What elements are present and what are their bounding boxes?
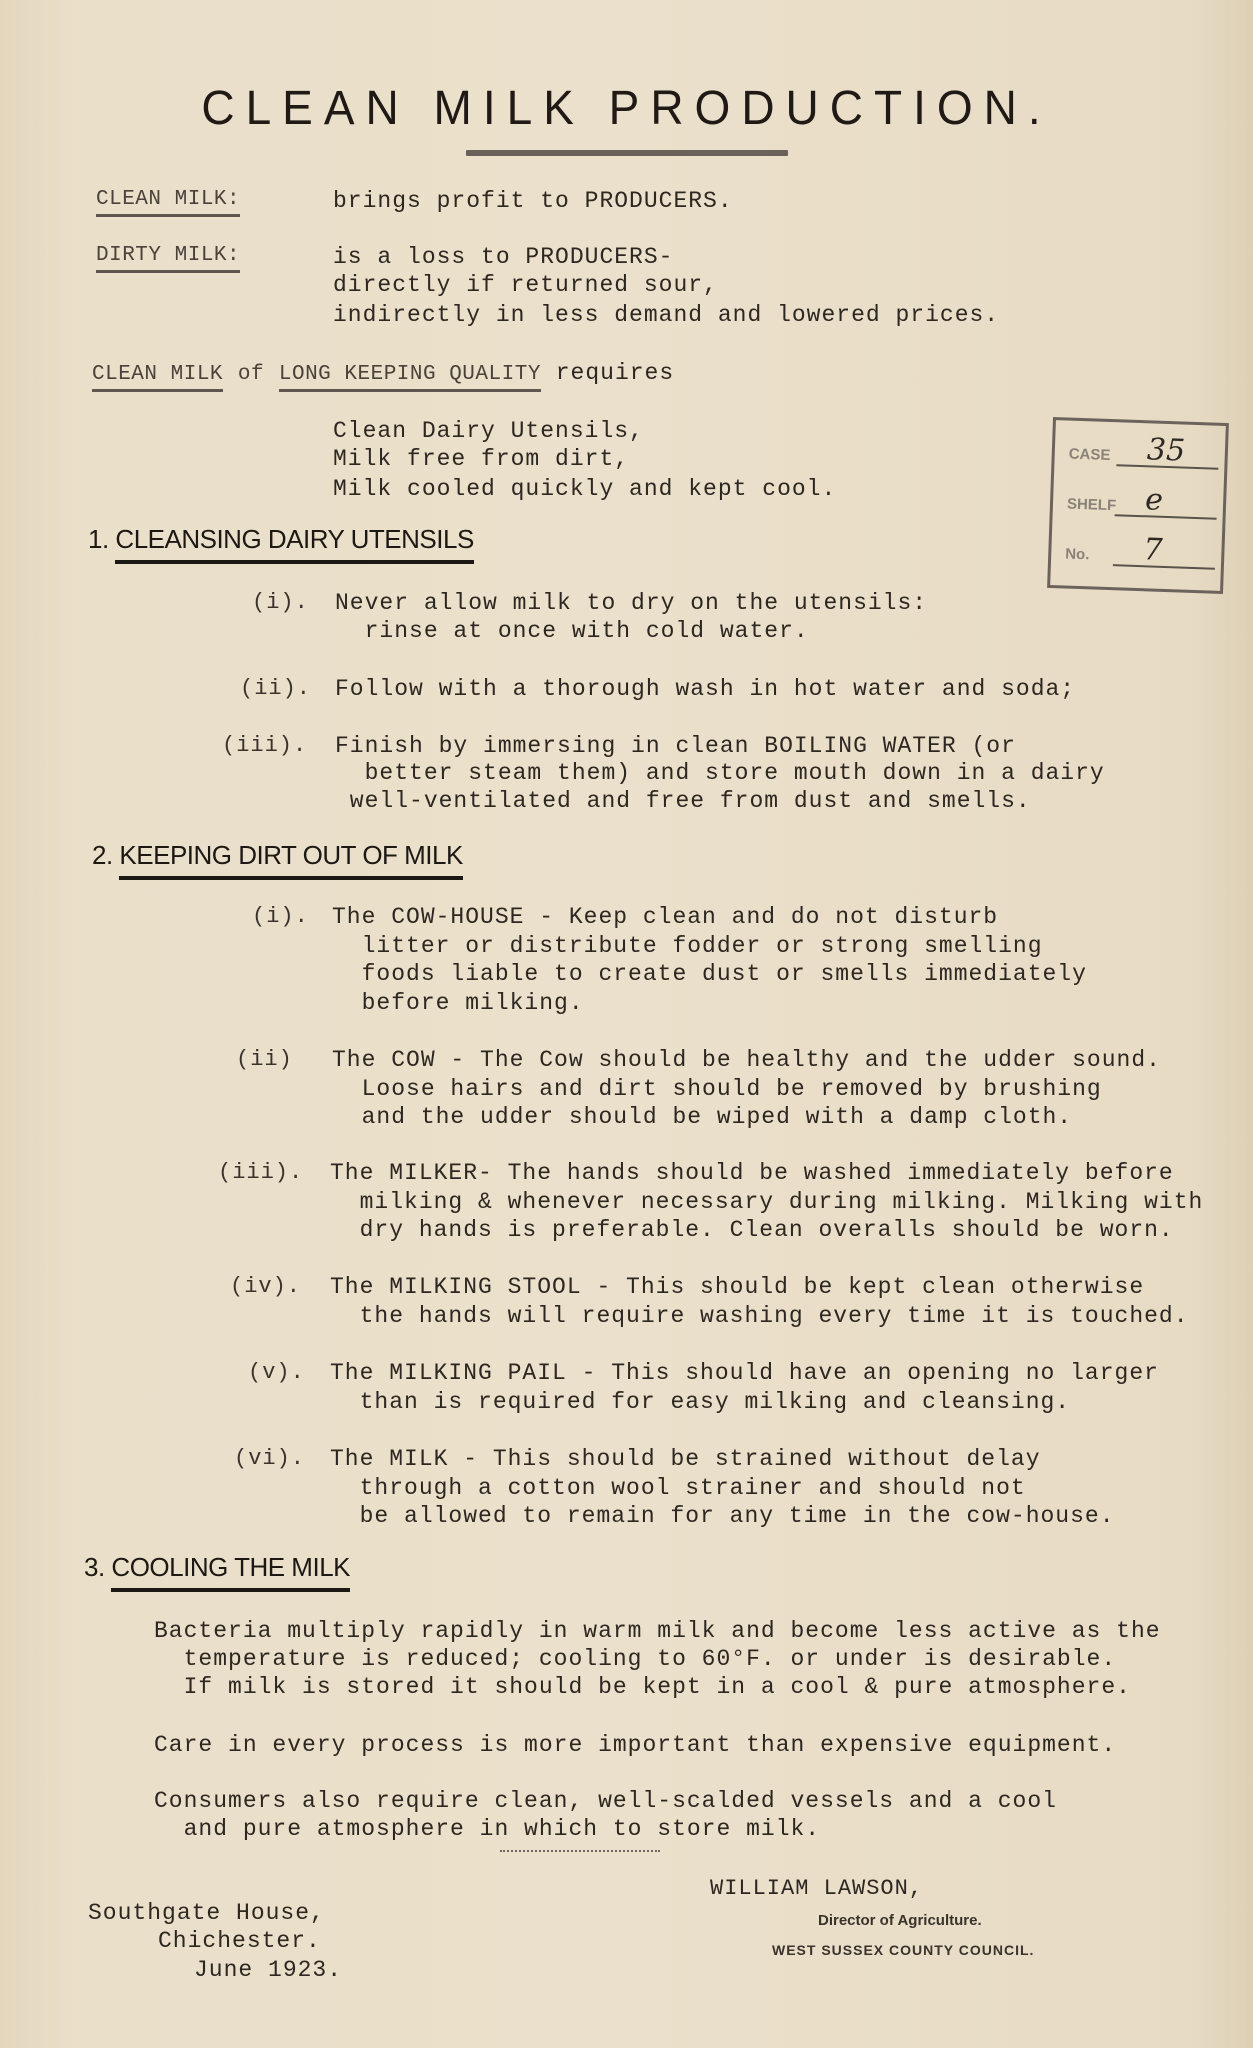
- clean-milk-text: brings profit to PRODUCERS.: [333, 188, 733, 214]
- section-heading-3: 3. COOLING THE MILK: [84, 1552, 350, 1583]
- item-line: foods liable to create dust or smells im…: [332, 961, 1087, 987]
- address-line: June 1923.: [194, 1957, 342, 1983]
- section-heading-2: 2. KEEPING DIRT OUT OF MILK: [92, 840, 463, 871]
- requirement-item: Milk free from dirt,: [333, 446, 629, 472]
- clean-milk-label: CLEAN MILK:: [96, 188, 240, 217]
- item-line: Never allow milk to dry on the utensils:: [335, 590, 927, 616]
- dirty-milk-line: is a loss to PRODUCERS-: [333, 244, 673, 270]
- item-number: (i).: [252, 904, 309, 929]
- item-line: The MILKING PAIL - This should have an o…: [330, 1360, 1159, 1386]
- signatory-name: WILLIAM LAWSON,: [710, 1876, 923, 1901]
- item-line: dry hands is preferable. Clean overalls …: [330, 1217, 1174, 1243]
- title-rule: [466, 150, 788, 156]
- item-line: milking & whenever necessary during milk…: [330, 1189, 1203, 1215]
- item-number: (iii).: [222, 733, 307, 758]
- item-number: (ii).: [240, 676, 311, 701]
- paragraph-line: Consumers also require clean, well-scald…: [154, 1788, 1057, 1814]
- item-line: better steam them) and store mouth down …: [335, 760, 1105, 786]
- signatory-position: Director of Agriculture.: [818, 1912, 982, 1929]
- item-line: rinse at once with cold water.: [335, 618, 809, 644]
- requirement-item: Clean Dairy Utensils,: [333, 418, 644, 444]
- item-line: Follow with a thorough wash in hot water…: [335, 676, 1075, 702]
- item-line: The MILKER- The hands should be washed i…: [330, 1160, 1174, 1186]
- item-line: through a cotton wool strainer and shoul…: [330, 1475, 1026, 1501]
- item-number: (v).: [248, 1360, 305, 1385]
- signatory-organization: WEST SUSSEX COUNTY COUNCIL.: [772, 1942, 1034, 1958]
- divider-dots: [500, 1850, 660, 1852]
- address-line: Chichester.: [158, 1928, 321, 1954]
- dirty-milk-line: indirectly in less demand and lowered pr…: [333, 302, 999, 328]
- item-line: The COW-HOUSE - Keep clean and do not di…: [332, 904, 998, 930]
- item-line: The MILKING STOOL - This should be kept …: [330, 1274, 1144, 1300]
- item-line: before milking.: [332, 990, 584, 1016]
- item-line: the hands will require washing every tim…: [330, 1303, 1189, 1329]
- address-line: Southgate House,: [88, 1900, 325, 1926]
- item-number: (ii): [236, 1047, 293, 1072]
- requirement-item: Milk cooled quickly and kept cool.: [333, 476, 836, 502]
- paragraph-line: temperature is reduced; cooling to 60°F.…: [154, 1646, 1116, 1672]
- item-number: (iii).: [218, 1160, 303, 1185]
- archive-stamp: CASE 35 SHELF e No. 7: [1047, 417, 1229, 594]
- requires-line: CLEAN MILK of LONG KEEPING QUALITY requi…: [92, 360, 674, 386]
- paragraph-line: and pure atmosphere in which to store mi…: [154, 1816, 820, 1842]
- paragraph-line: Care in every process is more important …: [154, 1732, 1116, 1758]
- item-line: be allowed to remain for any time in the…: [330, 1503, 1115, 1529]
- paragraph-line: If milk is stored it should be kept in a…: [154, 1674, 1131, 1700]
- dirty-milk-label: DIRTY MILK:: [96, 244, 240, 273]
- item-number: (i).: [252, 590, 309, 615]
- document-page: CLEAN MILK PRODUCTION. CLEAN MILK: bring…: [0, 0, 1253, 2048]
- item-line: The COW - The Cow should be healthy and …: [332, 1047, 1161, 1073]
- document-title: CLEAN MILK PRODUCTION.: [0, 79, 1253, 136]
- section-heading-1: 1. CLEANSING DAIRY UTENSILS: [88, 524, 474, 555]
- paragraph-line: Bacteria multiply rapidly in warm milk a…: [154, 1618, 1161, 1644]
- stamp-row-case: CASE 35: [1068, 433, 1219, 474]
- item-line: and the udder should be wiped with a dam…: [332, 1104, 1072, 1130]
- item-line: The MILK - This should be strained witho…: [330, 1446, 1041, 1472]
- item-line: than is required for easy milking and cl…: [330, 1389, 1070, 1415]
- item-line: Finish by immersing in clean BOILING WAT…: [335, 733, 1016, 759]
- item-number: (iv).: [230, 1274, 301, 1299]
- item-line: well-ventilated and free from dust and s…: [335, 788, 1031, 814]
- stamp-row-number: No. 7: [1065, 533, 1216, 574]
- dirty-milk-line: directly if returned sour,: [333, 272, 718, 298]
- item-number: (vi).: [234, 1446, 305, 1471]
- item-line: Loose hairs and dirt should be removed b…: [332, 1076, 1102, 1102]
- item-line: litter or distribute fodder or strong sm…: [332, 933, 1043, 959]
- stamp-row-shelf: SHELF e: [1067, 483, 1218, 524]
